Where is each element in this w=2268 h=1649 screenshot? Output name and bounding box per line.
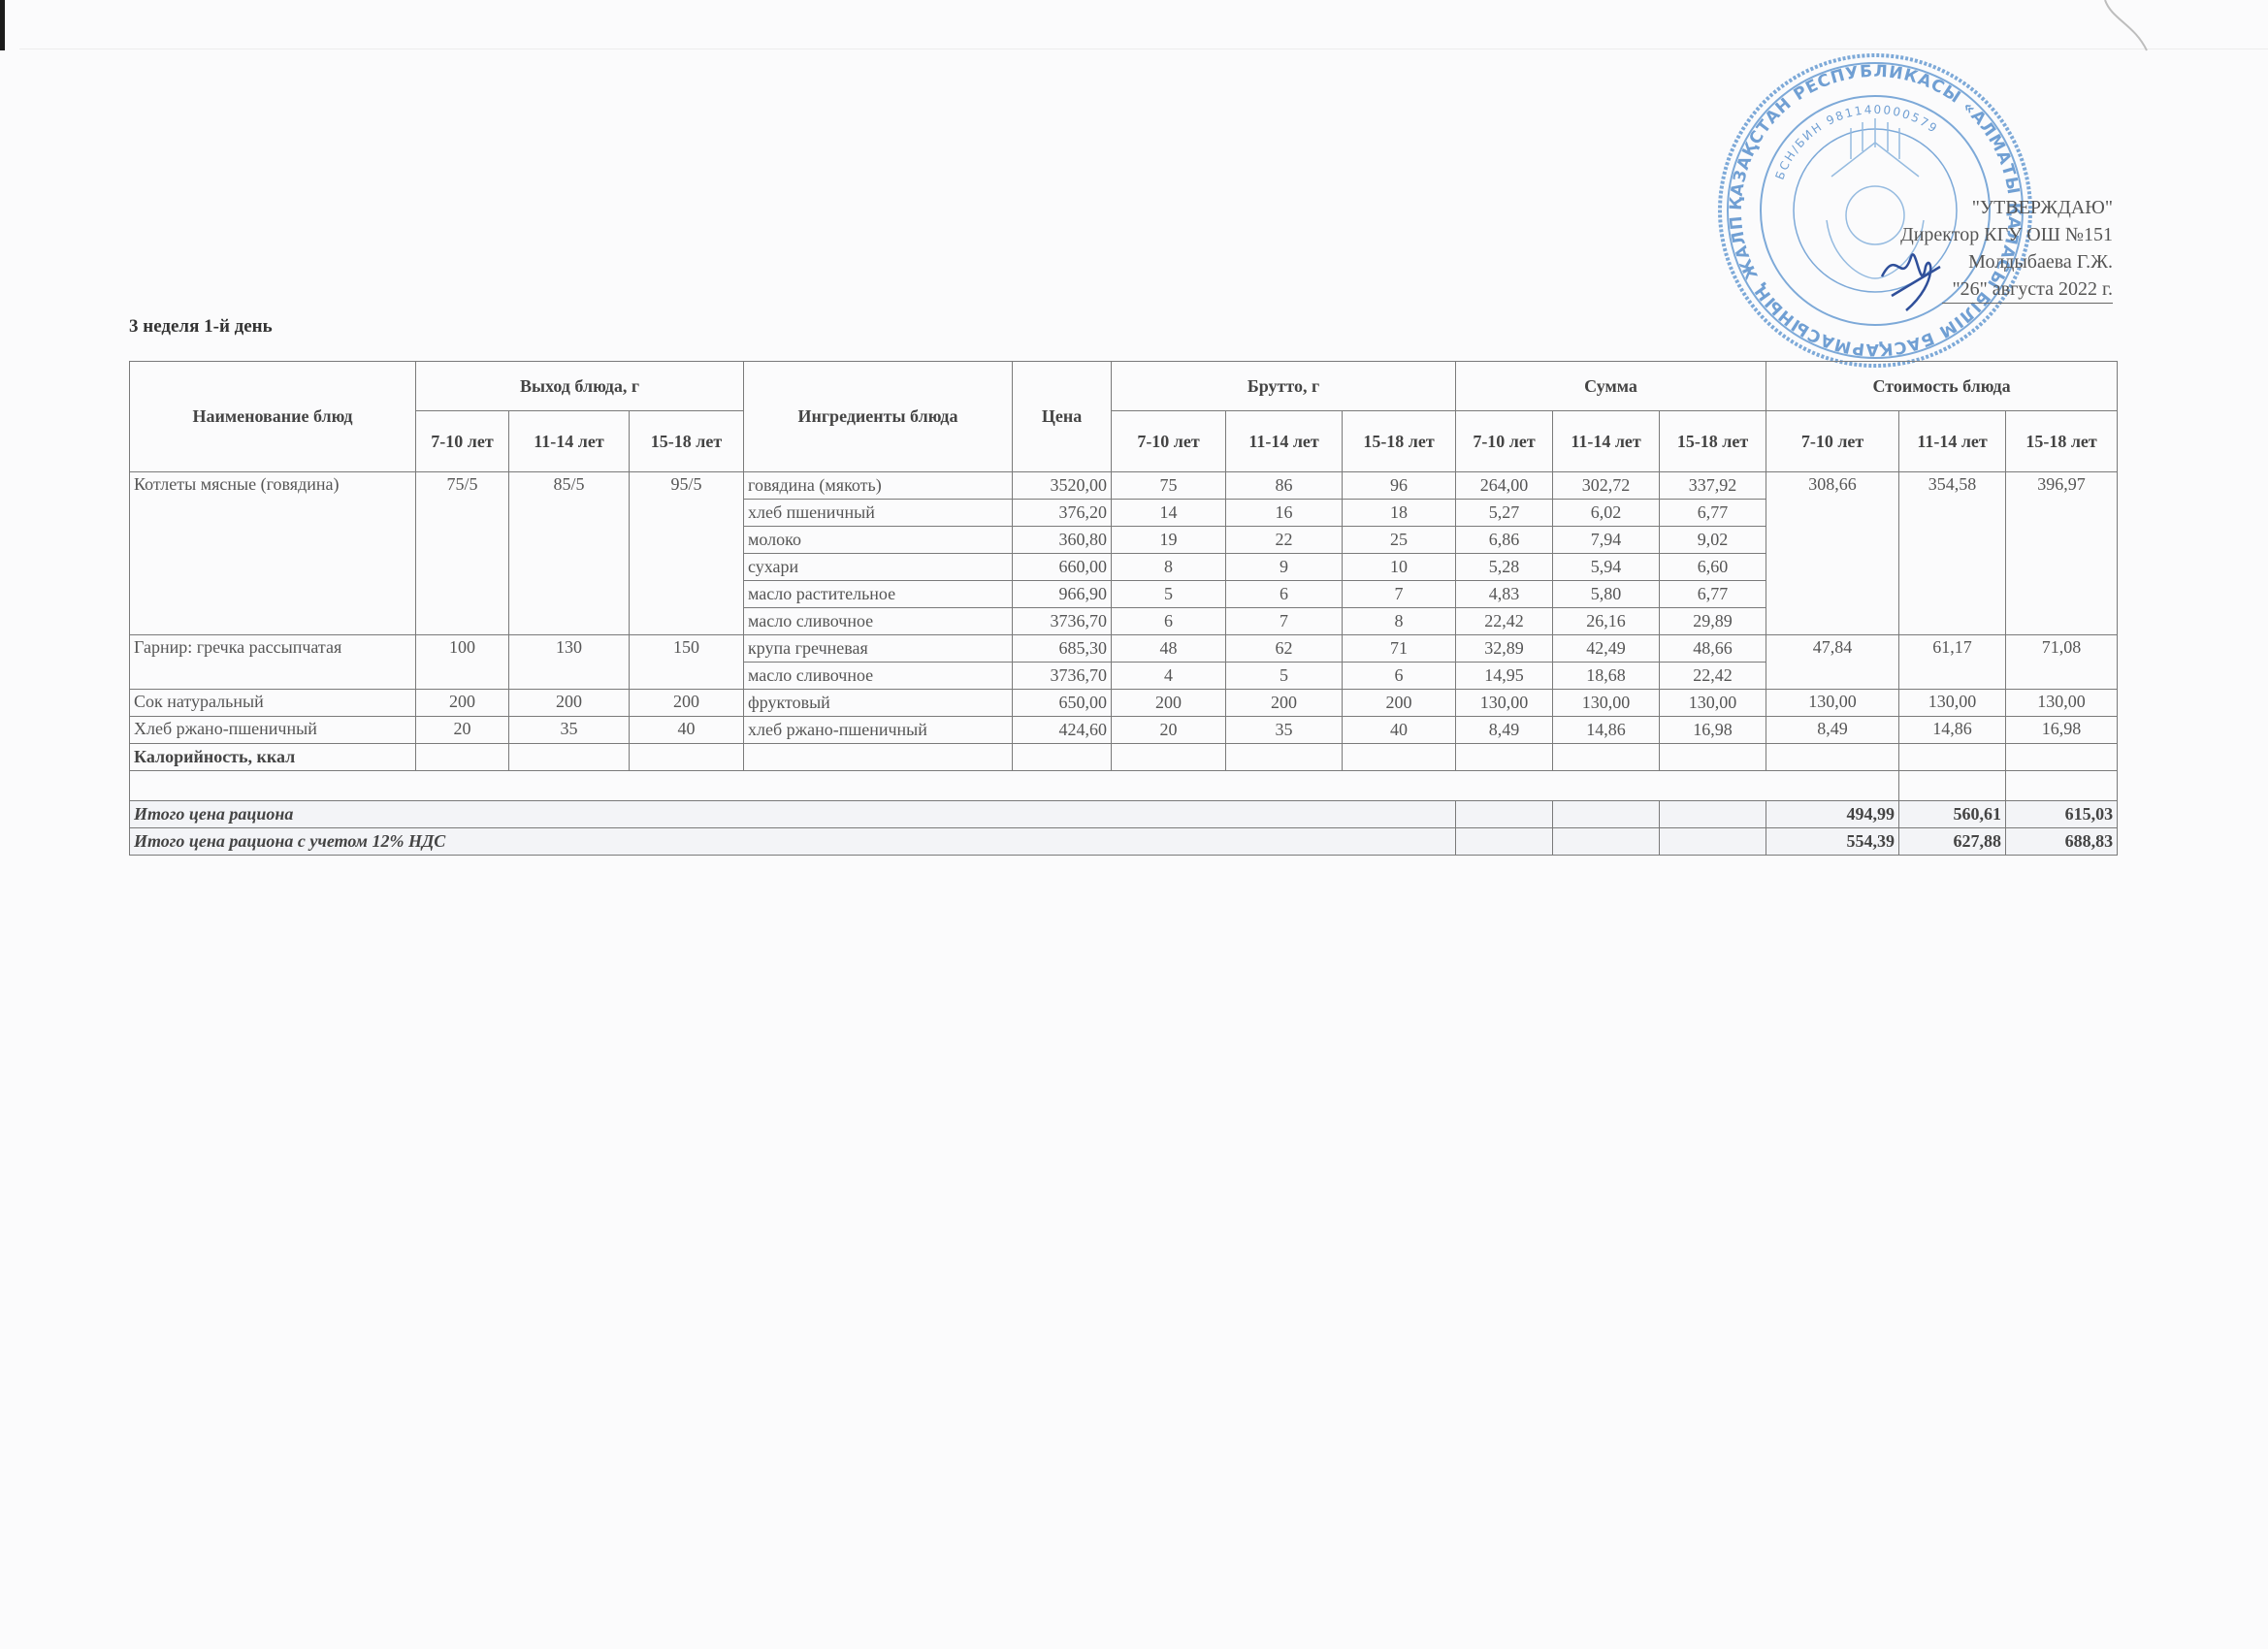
ingredient-sum: 6,77	[1660, 581, 1766, 608]
ingredient-sum: 302,72	[1553, 472, 1660, 500]
dish-cost: 8,49	[1766, 717, 1899, 744]
ingredient-name: крупа гречневая	[744, 635, 1013, 663]
ingredient-sum: 8,49	[1456, 717, 1553, 744]
ingredient-gross: 35	[1226, 717, 1343, 744]
ingredient-price: 3520,00	[1013, 472, 1112, 500]
ingredient-gross: 40	[1343, 717, 1456, 744]
ingredient-gross: 200	[1226, 690, 1343, 717]
ingredient-gross: 5	[1112, 581, 1226, 608]
menu-table: Наименование блюд Выход блюда, г Ингреди…	[129, 361, 2118, 856]
total-empty-cell	[1456, 801, 1553, 828]
ingredient-gross: 7	[1343, 581, 1456, 608]
dish-cost: 396,97	[2006, 472, 2118, 635]
ingredient-sum: 130,00	[1456, 690, 1553, 717]
ingredient-gross: 4	[1112, 663, 1226, 690]
ingredient-gross: 14	[1112, 500, 1226, 527]
ingredient-gross: 71	[1343, 635, 1456, 663]
table-row: Котлеты мясные (говядина)75/585/595/5гов…	[130, 472, 2118, 500]
calories-cell	[1112, 744, 1226, 771]
header-gross-age-2: 15-18 лет	[1343, 411, 1456, 472]
ingredient-gross: 18	[1343, 500, 1456, 527]
header-cost-age-0: 7-10 лет	[1766, 411, 1899, 472]
dish-name: Котлеты мясные (говядина)	[130, 472, 416, 635]
ingredient-sum: 14,95	[1456, 663, 1553, 690]
header-price: Цена	[1013, 362, 1112, 472]
total-value: 615,03	[2006, 801, 2118, 828]
header-gross-age-0: 7-10 лет	[1112, 411, 1226, 472]
spacer-cell	[2006, 771, 2118, 801]
ingredient-gross: 48	[1112, 635, 1226, 663]
calories-label: Калорийность, ккал	[130, 744, 416, 771]
header-yield: Выход блюда, г	[416, 362, 744, 411]
table-row: Сок натуральный200200200фруктовый650,002…	[130, 690, 2118, 717]
ingredient-price: 660,00	[1013, 554, 1112, 581]
dish-yield: 75/5	[416, 472, 509, 635]
ingredient-sum: 18,68	[1553, 663, 1660, 690]
total-row: Итого цена рациона с учетом 12% НДС554,3…	[130, 828, 2118, 856]
ingredient-gross: 75	[1112, 472, 1226, 500]
ingredient-name: фруктовый	[744, 690, 1013, 717]
calories-cell	[630, 744, 744, 771]
ingredient-sum: 5,94	[1553, 554, 1660, 581]
calories-cell	[1456, 744, 1553, 771]
ingredient-sum: 16,98	[1660, 717, 1766, 744]
ingredient-sum: 22,42	[1456, 608, 1553, 635]
calories-cell	[1013, 744, 1112, 771]
ingredient-sum: 22,42	[1660, 663, 1766, 690]
ingredient-gross: 62	[1226, 635, 1343, 663]
ingredient-price: 685,30	[1013, 635, 1112, 663]
header-dish-name: Наименование блюд	[130, 362, 416, 472]
total-value: 627,88	[1899, 828, 2006, 856]
total-empty-cell	[1660, 801, 1766, 828]
ingredient-gross: 22	[1226, 527, 1343, 554]
ingredient-gross: 19	[1112, 527, 1226, 554]
ingredient-sum: 29,89	[1660, 608, 1766, 635]
approval-name: Молдыбаева Г.Ж.	[1900, 248, 2113, 275]
ingredient-sum: 6,02	[1553, 500, 1660, 527]
calories-cell	[1766, 744, 1899, 771]
dish-cost: 47,84	[1766, 635, 1899, 690]
ingredient-gross: 10	[1343, 554, 1456, 581]
spacer-cell	[1899, 771, 2006, 801]
ingredient-sum: 5,27	[1456, 500, 1553, 527]
ingredient-sum: 337,92	[1660, 472, 1766, 500]
ingredient-name: хлеб пшеничный	[744, 500, 1013, 527]
document-title: 3 неделя 1-й день	[129, 316, 273, 338]
ingredient-sum: 6,60	[1660, 554, 1766, 581]
dish-cost: 71,08	[2006, 635, 2118, 690]
dish-yield: 35	[509, 717, 630, 744]
dish-yield: 20	[416, 717, 509, 744]
calories-cell	[1899, 744, 2006, 771]
approval-date: "26" августа 2022 г.	[1942, 275, 2113, 304]
dish-yield: 100	[416, 635, 509, 690]
dish-name: Хлеб ржано-пшеничный	[130, 717, 416, 744]
ingredient-name: молоко	[744, 527, 1013, 554]
header-gross-age-1: 11-14 лет	[1226, 411, 1343, 472]
ingredient-sum: 14,86	[1553, 717, 1660, 744]
ingredient-gross: 8	[1343, 608, 1456, 635]
header-yield-age-1: 11-14 лет	[509, 411, 630, 472]
total-empty-cell	[1456, 828, 1553, 856]
dish-yield: 40	[630, 717, 744, 744]
ingredient-sum: 48,66	[1660, 635, 1766, 663]
scan-artifact-line	[19, 48, 2268, 49]
header-sum: Сумма	[1456, 362, 1766, 411]
ingredient-sum: 5,80	[1553, 581, 1660, 608]
dish-cost: 16,98	[2006, 717, 2118, 744]
ingredient-price: 360,80	[1013, 527, 1112, 554]
calories-cell	[1553, 744, 1660, 771]
dish-cost: 130,00	[1899, 690, 2006, 717]
ingredient-gross: 9	[1226, 554, 1343, 581]
approval-block: "УТВЕРЖДАЮ" Директор КГУ ОШ №151 Молдыба…	[1900, 194, 2113, 304]
header-cost-age-1: 11-14 лет	[1899, 411, 2006, 472]
ingredient-price: 376,20	[1013, 500, 1112, 527]
total-empty-cell	[1660, 828, 1766, 856]
ingredient-price: 966,90	[1013, 581, 1112, 608]
dish-yield: 130	[509, 635, 630, 690]
calories-cell	[2006, 744, 2118, 771]
ingredient-gross: 8	[1112, 554, 1226, 581]
ingredient-sum: 26,16	[1553, 608, 1660, 635]
dish-cost: 130,00	[2006, 690, 2118, 717]
ingredient-name: хлеб ржано-пшеничный	[744, 717, 1013, 744]
dish-yield: 150	[630, 635, 744, 690]
dish-name: Сок натуральный	[130, 690, 416, 717]
ingredient-gross: 6	[1343, 663, 1456, 690]
total-label: Итого цена рациона	[130, 801, 1456, 828]
dish-cost: 61,17	[1899, 635, 2006, 690]
spacer-cell	[130, 771, 1899, 801]
calories-cell	[1660, 744, 1766, 771]
ingredient-gross: 96	[1343, 472, 1456, 500]
ingredient-sum: 130,00	[1660, 690, 1766, 717]
scan-artifact-curve	[2100, 0, 2158, 53]
header-yield-age-2: 15-18 лет	[630, 411, 744, 472]
spacer-row	[130, 771, 2118, 801]
dish-yield: 200	[416, 690, 509, 717]
total-value: 494,99	[1766, 801, 1899, 828]
total-empty-cell	[1553, 828, 1660, 856]
ingredient-gross: 200	[1112, 690, 1226, 717]
ingredient-name: масло сливочное	[744, 608, 1013, 635]
ingredient-gross: 86	[1226, 472, 1343, 500]
dish-yield: 200	[630, 690, 744, 717]
calories-cell	[744, 744, 1013, 771]
calories-cell	[416, 744, 509, 771]
ingredient-sum: 5,28	[1456, 554, 1553, 581]
ingredient-sum: 32,89	[1456, 635, 1553, 663]
ingredient-name: сухари	[744, 554, 1013, 581]
dish-cost: 14,86	[1899, 717, 2006, 744]
ingredient-name: масло растительное	[744, 581, 1013, 608]
ingredient-sum: 6,86	[1456, 527, 1553, 554]
total-value: 688,83	[2006, 828, 2118, 856]
approval-heading: "УТВЕРЖДАЮ"	[1900, 194, 2113, 221]
dish-cost: 354,58	[1899, 472, 2006, 635]
ingredient-sum: 6,77	[1660, 500, 1766, 527]
svg-text:БСН/БИН 981140000579: БСН/БИН 981140000579	[1772, 103, 1940, 181]
calories-cell	[1226, 744, 1343, 771]
approval-position: Директор КГУ ОШ №151	[1900, 221, 2113, 248]
ingredient-gross: 200	[1343, 690, 1456, 717]
dish-yield: 95/5	[630, 472, 744, 635]
ingredient-price: 3736,70	[1013, 663, 1112, 690]
ingredient-sum: 4,83	[1456, 581, 1553, 608]
ingredient-gross: 16	[1226, 500, 1343, 527]
ingredient-gross: 7	[1226, 608, 1343, 635]
dish-yield: 200	[509, 690, 630, 717]
header-yield-age-0: 7-10 лет	[416, 411, 509, 472]
dish-yield: 85/5	[509, 472, 630, 635]
header-dish-cost: Стоимость блюда	[1766, 362, 2118, 411]
total-label: Итого цена рациона с учетом 12% НДС	[130, 828, 1456, 856]
ingredient-price: 650,00	[1013, 690, 1112, 717]
header-sum-age-0: 7-10 лет	[1456, 411, 1553, 472]
ingredient-gross: 6	[1226, 581, 1343, 608]
calories-row: Калорийность, ккал	[130, 744, 2118, 771]
ingredient-name: говядина (мякоть)	[744, 472, 1013, 500]
total-row: Итого цена рациона494,99560,61615,03	[130, 801, 2118, 828]
ingredient-gross: 20	[1112, 717, 1226, 744]
total-empty-cell	[1553, 801, 1660, 828]
table-row: Гарнир: гречка рассыпчатая100130150крупа…	[130, 635, 2118, 663]
calories-cell	[509, 744, 630, 771]
scan-edge-mark	[0, 0, 5, 50]
table-row: Хлеб ржано-пшеничный203540хлеб ржано-пше…	[130, 717, 2118, 744]
ingredient-gross: 5	[1226, 663, 1343, 690]
ingredient-name: масло сливочное	[744, 663, 1013, 690]
ingredient-sum: 9,02	[1660, 527, 1766, 554]
header-sum-age-2: 15-18 лет	[1660, 411, 1766, 472]
ingredient-sum: 7,94	[1553, 527, 1660, 554]
total-value: 554,39	[1766, 828, 1899, 856]
ingredient-sum: 42,49	[1553, 635, 1660, 663]
ingredient-gross: 6	[1112, 608, 1226, 635]
header-gross: Брутто, г	[1112, 362, 1456, 411]
dish-cost: 308,66	[1766, 472, 1899, 635]
ingredient-sum: 264,00	[1456, 472, 1553, 500]
dish-name: Гарнир: гречка рассыпчатая	[130, 635, 416, 690]
total-value: 560,61	[1899, 801, 2006, 828]
ingredient-gross: 25	[1343, 527, 1456, 554]
calories-cell	[1343, 744, 1456, 771]
header-sum-age-1: 11-14 лет	[1553, 411, 1660, 472]
header-cost-age-2: 15-18 лет	[2006, 411, 2118, 472]
ingredient-price: 3736,70	[1013, 608, 1112, 635]
header-ingredients: Ингредиенты блюда	[744, 362, 1013, 472]
dish-cost: 130,00	[1766, 690, 1899, 717]
ingredient-sum: 130,00	[1553, 690, 1660, 717]
ingredient-price: 424,60	[1013, 717, 1112, 744]
